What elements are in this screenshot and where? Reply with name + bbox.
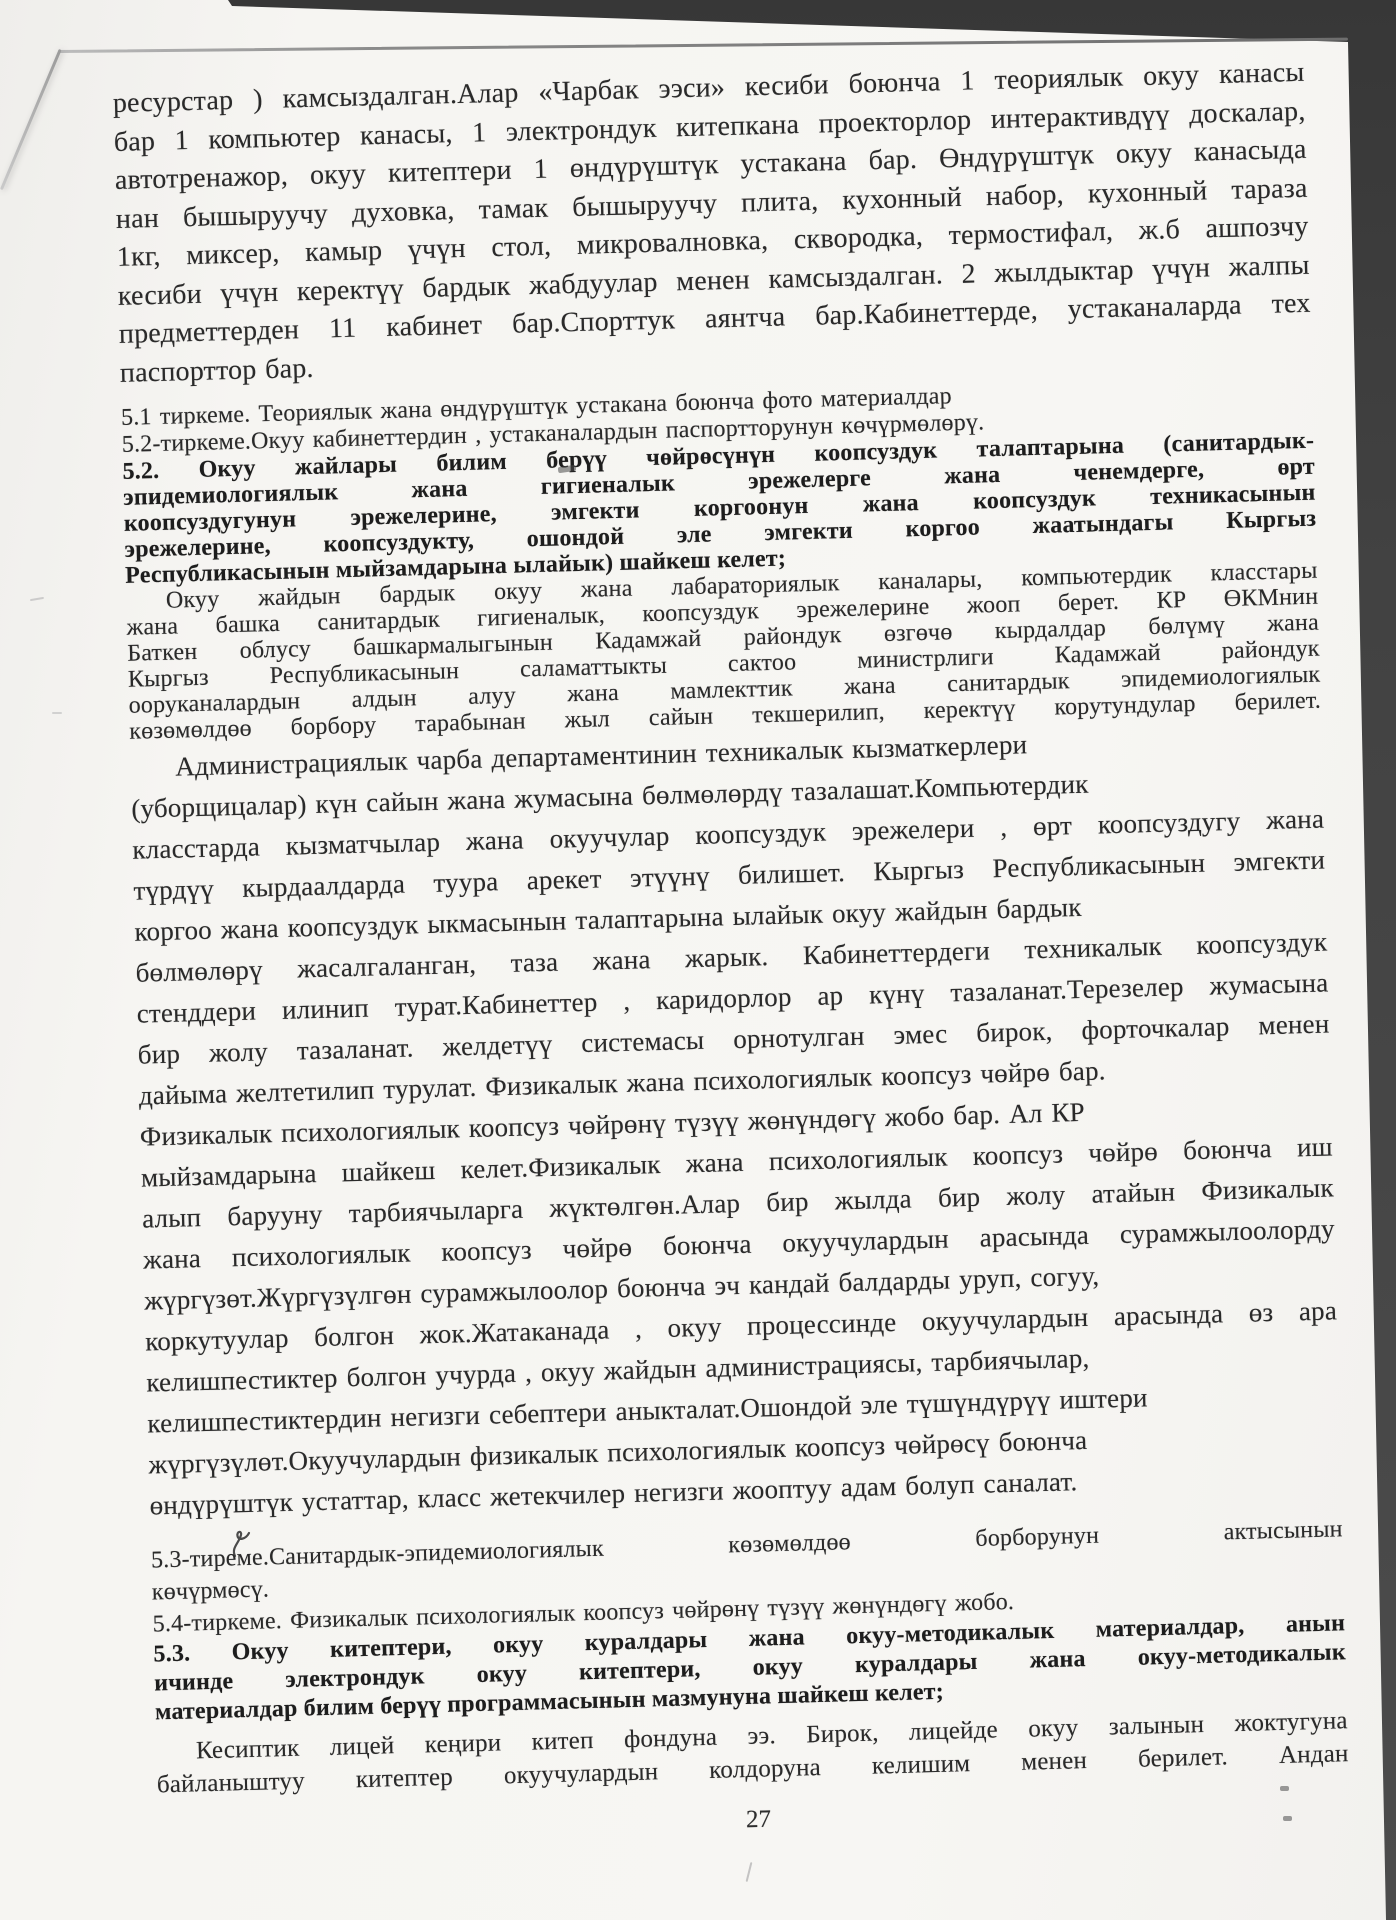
page-number: 27 (746, 1806, 771, 1834)
edge-mark (1283, 1816, 1292, 1821)
edge-mark (1280, 1786, 1289, 1791)
paragraph-facilities: ресурстар ) камсыздалган.Алар «Чарбак ээ… (112, 54, 1312, 393)
margin-speck (30, 597, 44, 601)
paragraph-sanitary-inspection: Окуу жайдын бардык окуу жана лабаратория… (126, 558, 1322, 745)
paragraph-cleaning-and-safety: Администрациялык чарба департаментинин т… (130, 717, 1342, 1527)
scanned-document-page: ресурстар ) камсыздалган.Алар «Чарбак ээ… (0, 0, 1396, 1920)
text-block: ресурстар ) камсыздалган.Алар «Чарбак ээ… (112, 39, 1349, 1802)
margin-speck (52, 712, 62, 714)
pen-mark (228, 1528, 254, 1560)
page-corner-fold-edge (0, 49, 61, 190)
faint-slash-mark (746, 1862, 753, 1882)
